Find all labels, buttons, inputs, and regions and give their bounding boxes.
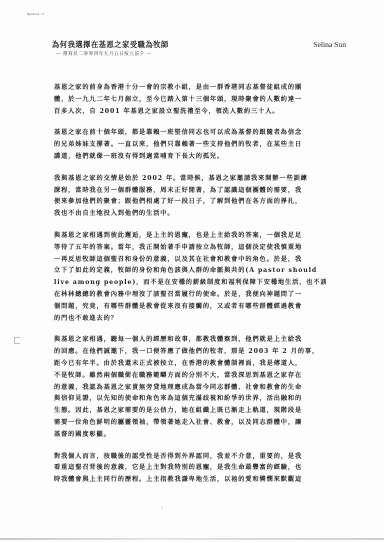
text-line: 立下了如此的定義，牧師的身份和角色該與人群的命脈與共的(A pastor sho…	[54, 265, 326, 277]
text-line: 生態。因此，基恩之家需要的是公信力，她在組織上既已漸走上軌道，現階段是	[54, 405, 326, 417]
document-header: 為何我選擇在基恩之家受職為牧師 Selina Sun — 撰寫於二零零四年九月五…	[52, 40, 352, 59]
text-line: 等待了五年的答案。當年，我正開始著手申請按立為牧師，這個決定使我慎重地	[54, 242, 326, 254]
text-line: 基恩之家在前十個年頭，都是靠賴一班堅信同志也可以成為基督的跟隨者為信念	[54, 127, 326, 139]
paragraph-2: 基恩之家在前十個年頭，都是靠賴一班堅信同志也可以成為基督的跟隨者為信念 的兄弟姊…	[54, 127, 326, 162]
document-body: 基恩之家的前身為香港十分一會的宗教小組，是由一群香港同志基督徒組成的團 體，於一…	[54, 82, 326, 496]
margin-bracket-mark	[14, 337, 20, 344]
document-author: Selina Sun	[313, 40, 346, 50]
text-line: 與信仰見證，以先知的使命和角色來為這個充滿歧視和紛爭的世界，活出融和的	[54, 393, 326, 405]
text-line: 與基恩之家相遇，聽每一個人的經歷和故事，都教我體察到，他們就是上主給我	[54, 334, 326, 346]
paragraph-3: 我與基恩之家的交情是始於 2002 年。當時候，基恩之家邀請我來開辦一些訓練 課…	[54, 173, 326, 220]
text-line: live among people)，而不是在安穩的薪級制度和福利保障下安穩地生…	[54, 277, 326, 289]
paragraph-4: 與基恩之家相遇到彼此邂逅，是上主的恩寵，也是上主給我的答案，一個我足足 等待了五…	[54, 230, 326, 324]
corner-mark: Spiritus ~?	[27, 12, 45, 16]
text-line: 距今已有年半。由於我還未正式被按立，在香港的教會體制裡面，我是傳道人，	[54, 358, 326, 370]
text-line: 課程，當時我在另一個群體服務，周末正好閒著，為了認識這個團體的需要，我	[54, 185, 326, 197]
text-line: 體，於一九九二年七月創立，至今已踏入第十三個年頭，現時聚會的人數約達一	[54, 94, 326, 106]
text-line: 看重這聖召背後的意義，它是上主對我特別的恩寵，是我生命最豐富的經驗，也	[54, 462, 326, 474]
paragraph-6: 對我個人而言，按職後的認受性是否得到外界認同，我並不介意，重要的，是我 看重這聖…	[54, 451, 326, 486]
text-line: 便來參加他們的聚會；跟他們相處了好一段日子，了解到他們在各方面的掙扎，	[54, 196, 326, 208]
text-line: 百多人次，自 2001 年基恩之家設立聖洗禮至今，領洗人數約三十人。	[54, 106, 326, 118]
text-line: 一再反思牧師這個聖召和身份的意義，以及其在社會和教會中的角色。於是，我	[54, 254, 326, 266]
text-line: 的門也不敢進去的？	[54, 313, 326, 325]
text-line: 需要一位角色鮮明的屬靈領袖，帶領著她走入社會、教會，以及同志群體中，讓	[54, 417, 326, 429]
text-line: 我與基恩之家的交情是始於 2002 年。當時候，基恩之家邀請我來開辦一些訓練	[54, 173, 326, 185]
text-line: 的回應。在他們誠邀下，我一口便答應了做他們的牧者，那是 2003 年 2 月的事…	[54, 346, 326, 358]
text-line: 基督的國度彰顯。	[54, 429, 326, 441]
page-bottom-edge	[0, 538, 384, 540]
text-line: 講道，他們就像一班沒有得到適當哺育下長大的孤兒。	[54, 151, 326, 163]
document-page: Spiritus ~? 為何我選擇在基恩之家受職為牧師 Selina Sun —…	[0, 0, 384, 543]
text-line: 個問題，究竟，有哪些群體是教會從來沒有接觸的，又或者有哪些群體經過教會	[54, 301, 326, 313]
text-line: 對我個人而言，按職後的認受性是否得到外界認同，我並不介意，重要的，是我	[54, 451, 326, 463]
document-title: 為何我選擇在基恩之家受職為牧師	[52, 40, 352, 50]
text-line: 的意義，我認為基恩之家責無旁貸地理應成為當今同志群體、社會和教會的生命	[54, 382, 326, 394]
paragraph-1: 基恩之家的前身為香港十分一會的宗教小組，是由一群香港同志基督徒組成的團 體，於一…	[54, 82, 326, 117]
text-line: 在林林總總的教會內務中埋沒了該聖召當履行的使命。於是，我便向神題問了一	[54, 289, 326, 301]
text-line: 與基恩之家相遇到彼此邂逅，是上主的恩寵，也是上主給我的答案，一個我足足	[54, 230, 326, 242]
paragraph-5: 與基恩之家相遇，聽每一個人的經歷和故事，都教我體察到，他們就是上主給我 的回應。…	[54, 334, 326, 440]
text-line: 不是牧師。雖然兩個職銜在職務範疇方面的分別不大，當我深思到基恩之家存在	[54, 370, 326, 382]
document-subtitle: — 撰寫於二零零四年九月五日按立前夕 —	[52, 51, 352, 59]
page-number: 1	[161, 505, 163, 510]
text-line: 的兄弟姊妹支撐著。一直以來，他們只靠賴著一些支持他們的牧者，在某些主日	[54, 139, 326, 151]
text-line: 時我體會與上主同行的歷程。上主指教我謙卑地生活，以祂的愛和憐憫來默觀這	[54, 474, 326, 486]
text-line: 我也不由自主地投入到他們的生活中。	[54, 208, 326, 220]
text-line: 基恩之家的前身為香港十分一會的宗教小組，是由一群香港同志基督徒組成的團	[54, 82, 326, 94]
